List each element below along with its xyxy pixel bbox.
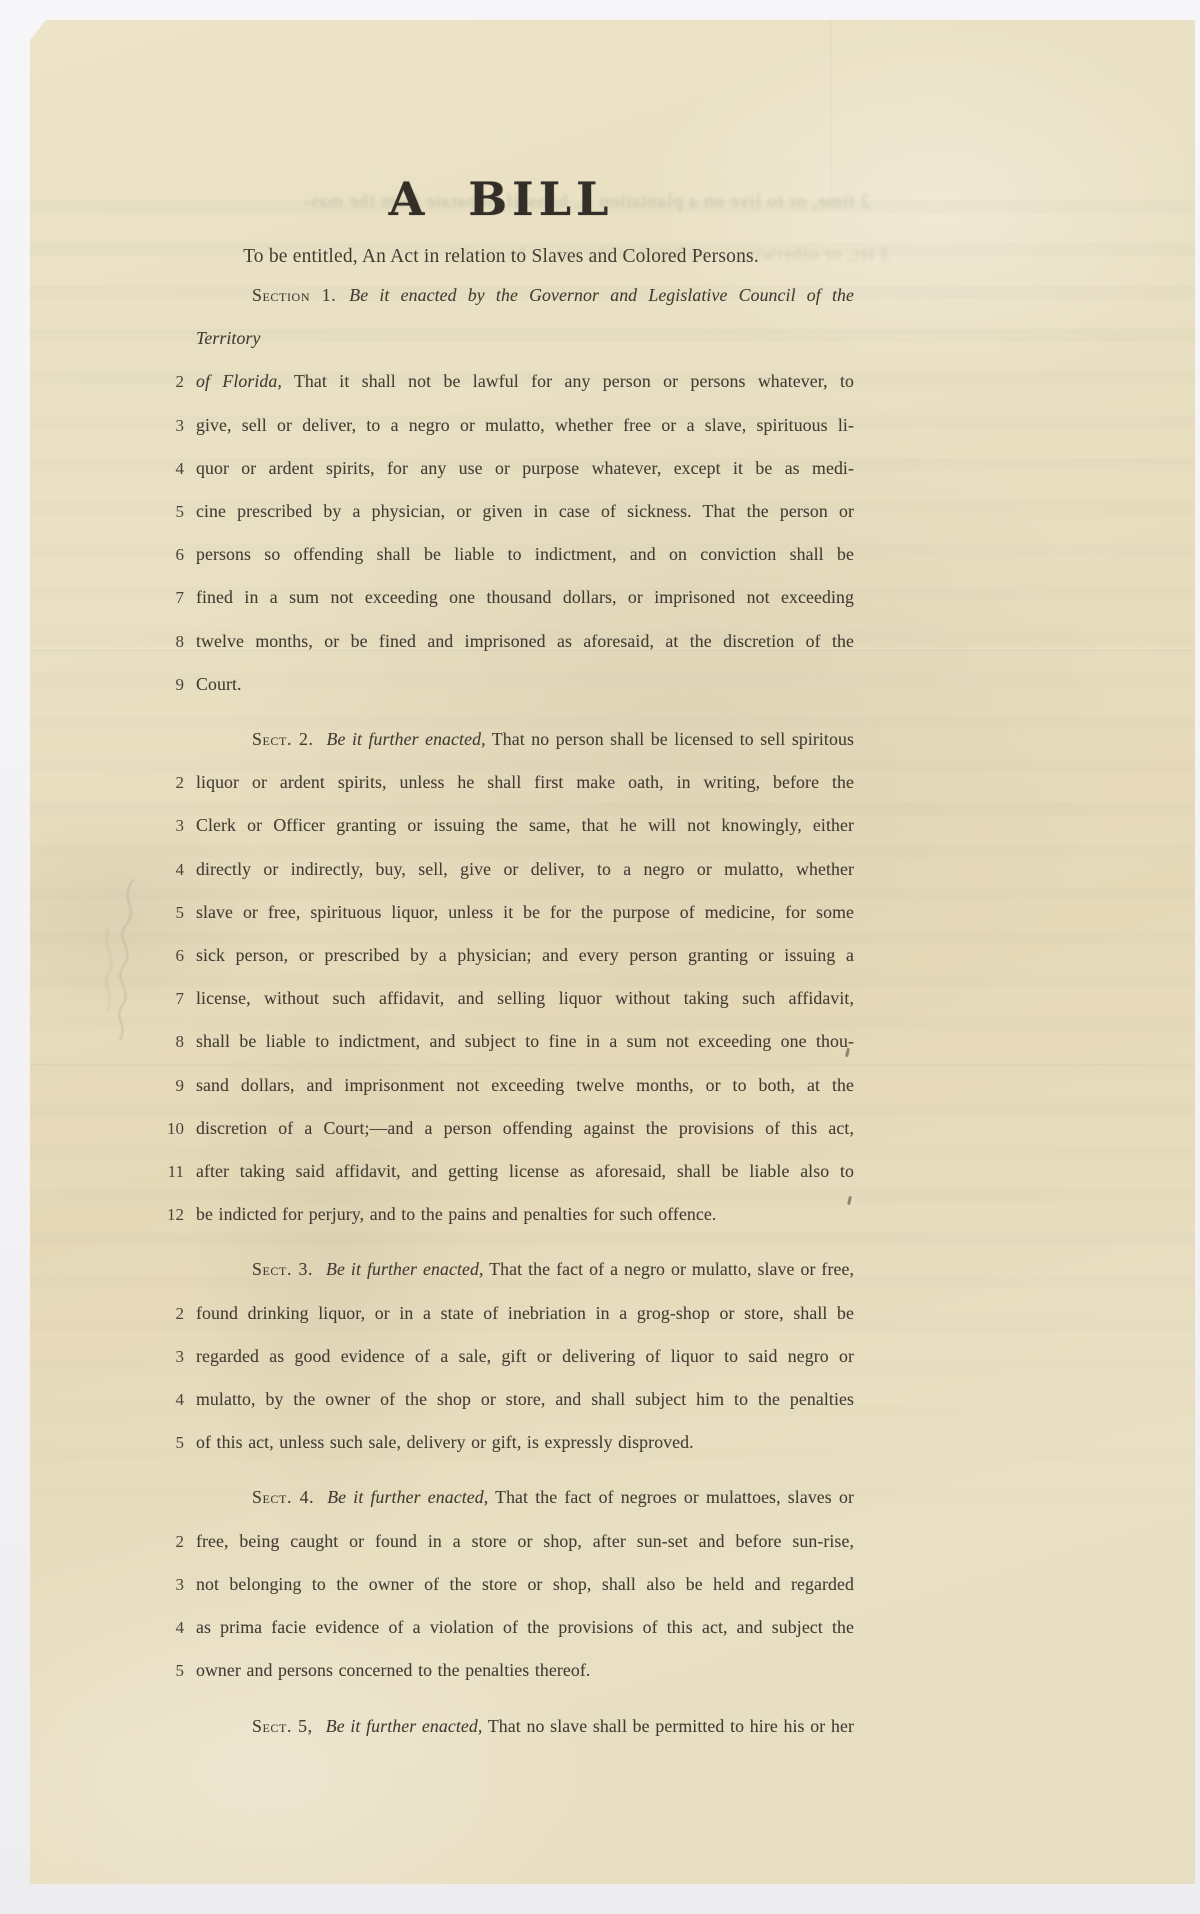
line-number: 10 <box>148 1107 196 1150</box>
body-text: That it shall not be lawful for any pers… <box>282 371 854 391</box>
line-number: 6 <box>148 533 196 576</box>
line-text: Sect. 2.Be it further enacted, That no p… <box>196 718 854 761</box>
line-number: 8 <box>148 1020 196 1063</box>
body-text: not belonging to the owner of the store … <box>196 1574 854 1594</box>
line-text: sand dollars, and imprisonment not excee… <box>196 1064 854 1107</box>
line-number: 4 <box>148 1378 196 1421</box>
line-number: 9 <box>148 663 196 706</box>
bill-line: 2free, being caught or found in a store … <box>148 1520 854 1563</box>
bill-line: 4quor or ardent spirits, for any use or … <box>148 447 854 490</box>
line-number: 2 <box>148 761 196 804</box>
section-label: Sect. 5, <box>252 1716 313 1736</box>
body-text: directly or indirectly, buy, sell, give … <box>196 859 854 879</box>
page-title: A BILL <box>148 172 854 226</box>
fold-crease-vertical <box>830 20 832 190</box>
body-text: Clerk or Officer granting or issuing the… <box>196 815 854 835</box>
bill-line: 4directly or indirectly, buy, sell, give… <box>148 848 854 891</box>
body-text: That the fact of negroes or mulattoes, s… <box>488 1487 854 1507</box>
line-number: 5 <box>148 1649 196 1692</box>
body-text: found drinking liquor, or in a state of … <box>196 1303 854 1323</box>
line-text: Sect. 5,Be it further enacted, That no s… <box>196 1705 854 1748</box>
line-number: 2 <box>148 1292 196 1335</box>
line-text: license, without such affidavit, and sel… <box>196 977 854 1020</box>
line-text: mulatto, by the owner of the shop or sto… <box>196 1378 854 1421</box>
bill-line: 9sand dollars, and imprisonment not exce… <box>148 1064 854 1107</box>
body-text: persons so offending shall be liable to … <box>196 544 854 564</box>
line-number: 3 <box>148 804 196 847</box>
bill-line: Sect. 2.Be it further enacted, That no p… <box>148 718 854 761</box>
line-number: 7 <box>148 977 196 1020</box>
line-text: not belonging to the owner of the store … <box>196 1563 854 1606</box>
section-label: Section 1. <box>252 285 336 305</box>
line-number: 12 <box>148 1193 196 1236</box>
line-number: 8 <box>148 620 196 663</box>
line-number: 5 <box>148 1421 196 1464</box>
line-text: cine prescribed by a physician, or given… <box>196 490 854 533</box>
line-text: of this act, unless such sale, delivery … <box>196 1421 854 1464</box>
bill-line: Sect. 4.Be it further enacted, That the … <box>148 1476 854 1519</box>
bill-line: 3give, sell or deliver, to a negro or mu… <box>148 404 854 447</box>
body-text: fined in a sum not exceeding one thousan… <box>196 587 854 607</box>
bill-line: 5cine prescribed by a physician, or give… <box>148 490 854 533</box>
body-text: twelve months, or be fined and imprisone… <box>196 631 854 651</box>
enacting-clause: Be it further enacted, <box>327 729 486 749</box>
line-text: be indicted for perjury, and to the pain… <box>196 1193 854 1236</box>
body-text: That no slave shall be permitted to hire… <box>482 1716 854 1736</box>
line-number: 3 <box>148 1335 196 1378</box>
body-text: sick person, or prescribed by a physicia… <box>196 945 854 965</box>
bill-section: Sect. 5,Be it further enacted, That no s… <box>148 1705 854 1748</box>
bill-line: 2of Florida, That it shall not be lawful… <box>148 360 854 403</box>
line-text: directly or indirectly, buy, sell, give … <box>196 848 854 891</box>
enacting-clause: of Florida, <box>196 371 282 391</box>
bill-section: Sect. 4.Be it further enacted, That the … <box>148 1476 854 1692</box>
body-text: That the fact of a negro or mulatto, sla… <box>484 1259 854 1279</box>
line-number: 2 <box>148 1520 196 1563</box>
bill-line: 3not belonging to the owner of the store… <box>148 1563 854 1606</box>
line-number: 5 <box>148 490 196 533</box>
bill-line: 9Court. <box>148 663 854 706</box>
line-text: persons so offending shall be liable to … <box>196 533 854 576</box>
section-label: Sect. 3. <box>252 1259 313 1279</box>
body-text: mulatto, by the owner of the shop or sto… <box>196 1389 854 1409</box>
bill-line: Section 1.Be it enacted by the Governor … <box>148 274 854 360</box>
line-number: 2 <box>148 360 196 403</box>
enacting-clause: Be it further enacted, <box>326 1716 483 1736</box>
body-text: discretion of a Court;—and a person offe… <box>196 1118 854 1138</box>
line-text: owner and persons concerned to the penal… <box>196 1649 854 1692</box>
body-text: shall be liable to indictment, and subje… <box>196 1031 854 1051</box>
line-text: discretion of a Court;—and a person offe… <box>196 1107 854 1150</box>
bill-line: Sect. 3.Be it further enacted, That the … <box>148 1248 854 1291</box>
bill-sections: Section 1.Be it enacted by the Governor … <box>148 274 854 1748</box>
line-text: Court. <box>196 663 854 706</box>
body-text: cine prescribed by a physician, or given… <box>196 501 854 521</box>
page-subtitle: To be entitled, An Act in relation to Sl… <box>148 246 854 268</box>
line-text: Sect. 4.Be it further enacted, That the … <box>196 1476 854 1519</box>
line-text: Clerk or Officer granting or issuing the… <box>196 804 854 847</box>
bill-line: 3regarded as good evidence of a sale, gi… <box>148 1335 854 1378</box>
line-number: 4 <box>148 447 196 490</box>
line-text: twelve months, or be fined and imprisone… <box>196 620 854 663</box>
bill-section: Section 1.Be it enacted by the Governor … <box>148 274 854 706</box>
line-text: quor or ardent spirits, for any use or p… <box>196 447 854 490</box>
body-text: after taking said affidavit, and getting… <box>196 1161 854 1181</box>
line-text: of Florida, That it shall not be lawful … <box>196 360 854 403</box>
body-text: Court. <box>196 674 242 694</box>
body-text: license, without such affidavit, and sel… <box>196 988 854 1008</box>
body-text: of this act, unless such sale, delivery … <box>196 1432 694 1452</box>
body-text: owner and persons concerned to the penal… <box>196 1660 590 1680</box>
line-text: Section 1.Be it enacted by the Governor … <box>196 274 854 360</box>
line-number: 5 <box>148 891 196 934</box>
bill-line: 3Clerk or Officer granting or issuing th… <box>148 804 854 847</box>
bill-line: 6sick person, or prescribed by a physici… <box>148 934 854 977</box>
line-number <box>148 1248 196 1291</box>
line-number: 4 <box>148 1606 196 1649</box>
line-number: 4 <box>148 848 196 891</box>
line-text: fined in a sum not exceeding one thousan… <box>196 576 854 619</box>
line-number <box>148 1476 196 1519</box>
bill-line: 8shall be liable to indictment, and subj… <box>148 1020 854 1063</box>
line-number: 11 <box>148 1150 196 1193</box>
line-number: 6 <box>148 934 196 977</box>
line-text: regarded as good evidence of a sale, gif… <box>196 1335 854 1378</box>
body-text: quor or ardent spirits, for any use or p… <box>196 458 854 478</box>
body-text: liquor or ardent spirits, unless he shal… <box>196 772 854 792</box>
bill-section: Sect. 3.Be it further enacted, That the … <box>148 1248 854 1464</box>
paper-sheet: 2 time, or to live on a plantation … him… <box>30 20 1195 1884</box>
body-text: free, being caught or found in a store o… <box>196 1531 854 1551</box>
line-number: 3 <box>148 404 196 447</box>
bill-line: 2found drinking liquor, or in a state of… <box>148 1292 854 1335</box>
line-number: 3 <box>148 1563 196 1606</box>
bill-line: 5owner and persons concerned to the pena… <box>148 1649 854 1692</box>
bill-line: 8twelve months, or be fined and imprison… <box>148 620 854 663</box>
body-text: give, sell or deliver, to a negro or mul… <box>196 415 854 435</box>
line-number <box>148 718 196 761</box>
enacting-clause: Be it further enacted, <box>326 1259 484 1279</box>
bill-line: 4as prima facie evidence of a violation … <box>148 1606 854 1649</box>
bill-line: 11after taking said affidavit, and getti… <box>148 1150 854 1193</box>
body-text: sand dollars, and imprisonment not excee… <box>196 1075 854 1095</box>
line-text: after taking said affidavit, and getting… <box>196 1150 854 1193</box>
bill-line: 7fined in a sum not exceeding one thousa… <box>148 576 854 619</box>
line-text: shall be liable to indictment, and subje… <box>196 1020 854 1063</box>
section-label: Sect. 2. <box>252 729 314 749</box>
enacting-clause: Be it further enacted, <box>327 1487 488 1507</box>
bill-line: 5of this act, unless such sale, delivery… <box>148 1421 854 1464</box>
line-text: found drinking liquor, or in a state of … <box>196 1292 854 1335</box>
bill-document: A BILL To be entitled, An Act in relatio… <box>148 172 854 1760</box>
body-text: That no person shall be licensed to sell… <box>486 729 854 749</box>
bill-line: 12be indicted for perjury, and to the pa… <box>148 1193 854 1236</box>
line-text: slave or free, spirituous liquor, unless… <box>196 891 854 934</box>
bill-line: 6persons so offending shall be liable to… <box>148 533 854 576</box>
line-text: Sect. 3.Be it further enacted, That the … <box>196 1248 854 1291</box>
line-text: liquor or ardent spirits, unless he shal… <box>196 761 854 804</box>
body-text: be indicted for perjury, and to the pain… <box>196 1204 716 1224</box>
line-number: 7 <box>148 576 196 619</box>
body-text: regarded as good evidence of a sale, gif… <box>196 1346 854 1366</box>
bill-section: Sect. 2.Be it further enacted, That no p… <box>148 718 854 1236</box>
line-number <box>148 1705 196 1748</box>
bill-line: 10discretion of a Court;—and a person of… <box>148 1107 854 1150</box>
line-text: sick person, or prescribed by a physicia… <box>196 934 854 977</box>
bill-line: 5slave or free, spirituous liquor, unles… <box>148 891 854 934</box>
body-text: slave or free, spirituous liquor, unless… <box>196 902 854 922</box>
bill-line: Sect. 5,Be it further enacted, That no s… <box>148 1705 854 1748</box>
line-number <box>148 274 196 360</box>
bill-line: 2liquor or ardent spirits, unless he sha… <box>148 761 854 804</box>
line-text: free, being caught or found in a store o… <box>196 1520 854 1563</box>
line-text: give, sell or deliver, to a negro or mul… <box>196 404 854 447</box>
section-label: Sect. 4. <box>252 1487 314 1507</box>
line-number: 9 <box>148 1064 196 1107</box>
bill-line: 7license, without such affidavit, and se… <box>148 977 854 1020</box>
body-text: as prima facie evidence of a violation o… <box>196 1617 854 1637</box>
bill-line: 4mulatto, by the owner of the shop or st… <box>148 1378 854 1421</box>
line-text: as prima facie evidence of a violation o… <box>196 1606 854 1649</box>
